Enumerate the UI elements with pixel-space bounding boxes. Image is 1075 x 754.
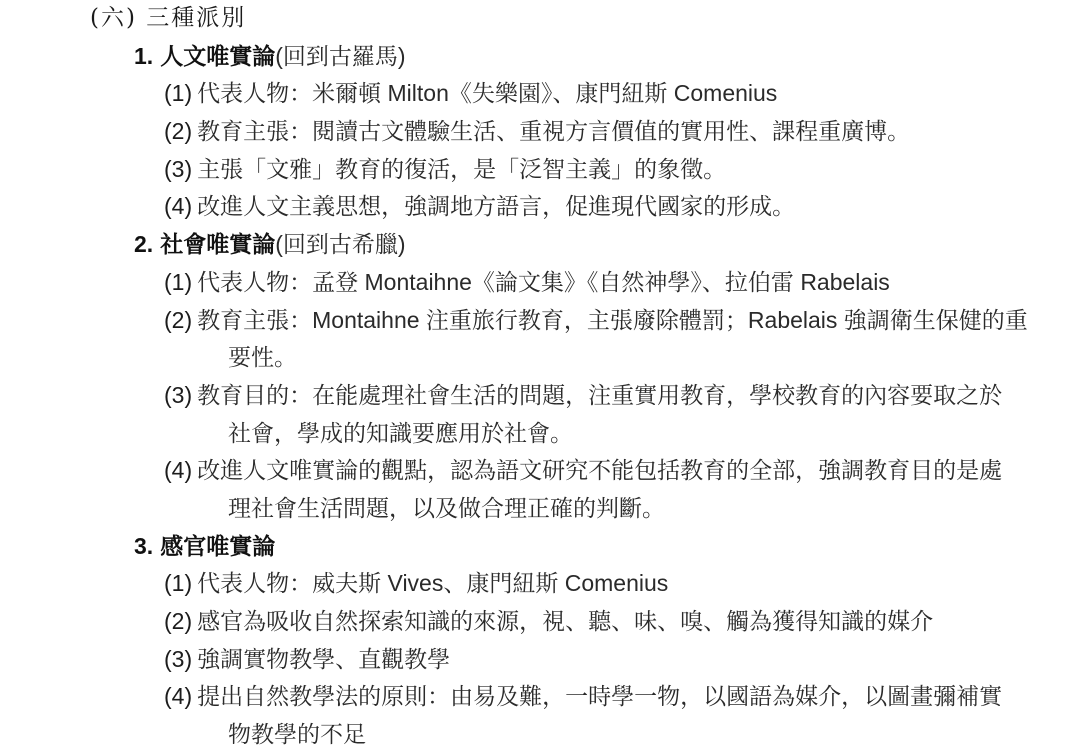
list-item-marker: (2) bbox=[164, 608, 192, 634]
section-2-heading: 2.社會唯實論(回到古希臘) bbox=[134, 226, 1075, 264]
list-item: (2)教育主張：Montaihne 注重旅行教育，主張廢除體罰；Rabelais… bbox=[164, 302, 1075, 340]
list-item: (3)教育目的：在能處理社會生活的問題，注重實用教育，學校教育的內容要取之於 bbox=[164, 377, 1075, 415]
section-2-number: 2. bbox=[134, 231, 153, 257]
list-item-text: 感官為吸收自然探索知識的來源，視、聽、味、嗅、觸為獲得知識的媒介 bbox=[197, 608, 933, 634]
list-item: (1)代表人物：威夫斯 Vives、康門紐斯 Comenius bbox=[164, 565, 1075, 603]
list-item-continuation: 物教學的不足 bbox=[228, 716, 1075, 754]
list-item-text: 改進人文主義思想，強調地方語言，促進現代國家的形成。 bbox=[197, 193, 795, 219]
list-item: (3)強調實物教學、直觀教學 bbox=[164, 641, 1075, 679]
list-item-marker: (3) bbox=[164, 646, 192, 672]
section-1-subtitle: (回到古羅馬) bbox=[275, 43, 405, 69]
section-2-subtitle: (回到古希臘) bbox=[275, 231, 405, 257]
list-item-marker: (1) bbox=[164, 80, 192, 106]
list-item-marker: (2) bbox=[164, 118, 192, 144]
section-3-heading: 3.感官唯實論 bbox=[134, 528, 1075, 566]
list-item-text: 教育目的：在能處理社會生活的問題，注重實用教育，學校教育的內容要取之於 bbox=[197, 382, 1002, 408]
list-item-text: 主張「文雅」教育的復活，是「泛智主義」的象徵。 bbox=[197, 156, 726, 182]
list-item-marker: (4) bbox=[164, 193, 192, 219]
list-item: (1)代表人物：孟登 Montaihne《論文集》《自然神學》、拉伯雷 Rabe… bbox=[164, 264, 1075, 302]
list-item-text: 改進人文唯實論的觀點，認為語文研究不能包括教育的全部，強調教育目的是處 bbox=[197, 457, 1002, 483]
list-item-marker: (1) bbox=[164, 269, 192, 295]
list-item: (2)教育主張：閱讀古文體驗生活、重視方言價值的實用性、課程重廣博。 bbox=[164, 113, 1075, 151]
list-item-text: 教育主張：閱讀古文體驗生活、重視方言價值的實用性、課程重廣博。 bbox=[197, 118, 910, 144]
list-item-text: 教育主張：Montaihne 注重旅行教育，主張廢除體罰；Rabelais 強調… bbox=[197, 307, 1028, 333]
list-item-text: 強調實物教學、直觀教學 bbox=[197, 646, 450, 672]
list-item-marker: (2) bbox=[164, 307, 192, 333]
list-item-marker: (3) bbox=[164, 156, 192, 182]
list-item: (4)改進人文主義思想，強調地方語言，促進現代國家的形成。 bbox=[164, 188, 1075, 226]
list-item: (1)代表人物：米爾頓 Milton《失樂園》、康門紐斯 Comenius bbox=[164, 75, 1075, 113]
list-item-text: 代表人物：孟登 Montaihne《論文集》《自然神學》、拉伯雷 Rabelai… bbox=[197, 269, 890, 295]
list-item-continuation: 理社會生活問題，以及做合理正確的判斷。 bbox=[228, 490, 1075, 528]
section-1-heading: 1.人文唯實論(回到古羅馬) bbox=[134, 38, 1075, 76]
section-3-number: 3. bbox=[134, 533, 153, 559]
list-item: (4)改進人文唯實論的觀點，認為語文研究不能包括教育的全部，強調教育目的是處 bbox=[164, 452, 1075, 490]
list-item: (2)感官為吸收自然探索知識的來源，視、聽、味、嗅、觸為獲得知識的媒介 bbox=[164, 603, 1075, 641]
list-item-text: 代表人物：米爾頓 Milton《失樂園》、康門紐斯 Comenius bbox=[197, 80, 777, 106]
section-2-title: 社會唯實論 bbox=[160, 231, 275, 257]
list-item: (4)提出自然教學法的原則：由易及難，一時學一物，以國語為媒介，以圖畫彌補實 bbox=[164, 678, 1075, 716]
list-item-marker: (3) bbox=[164, 382, 192, 408]
list-item-text: 提出自然教學法的原則：由易及難，一時學一物，以國語為媒介，以圖畫彌補實 bbox=[197, 683, 1002, 709]
list-item: (3)主張「文雅」教育的復活，是「泛智主義」的象徵。 bbox=[164, 151, 1075, 189]
list-item-marker: (4) bbox=[164, 683, 192, 709]
list-item-continuation: 社會，學成的知識要應用於社會。 bbox=[228, 415, 1075, 453]
list-item-text: 代表人物：威夫斯 Vives、康門紐斯 Comenius bbox=[197, 570, 668, 596]
list-item-continuation: 要性。 bbox=[228, 339, 1075, 377]
section-3-title: 感官唯實論 bbox=[160, 533, 275, 559]
document-heading: (六) 三種派別 bbox=[90, 0, 1075, 38]
document-page: (六) 三種派別 1.人文唯實論(回到古羅馬) (1)代表人物：米爾頓 Milt… bbox=[0, 0, 1075, 754]
list-item-marker: (1) bbox=[164, 570, 192, 596]
list-item-marker: (4) bbox=[164, 457, 192, 483]
section-1-number: 1. bbox=[134, 43, 153, 69]
section-1-title: 人文唯實論 bbox=[160, 43, 275, 69]
